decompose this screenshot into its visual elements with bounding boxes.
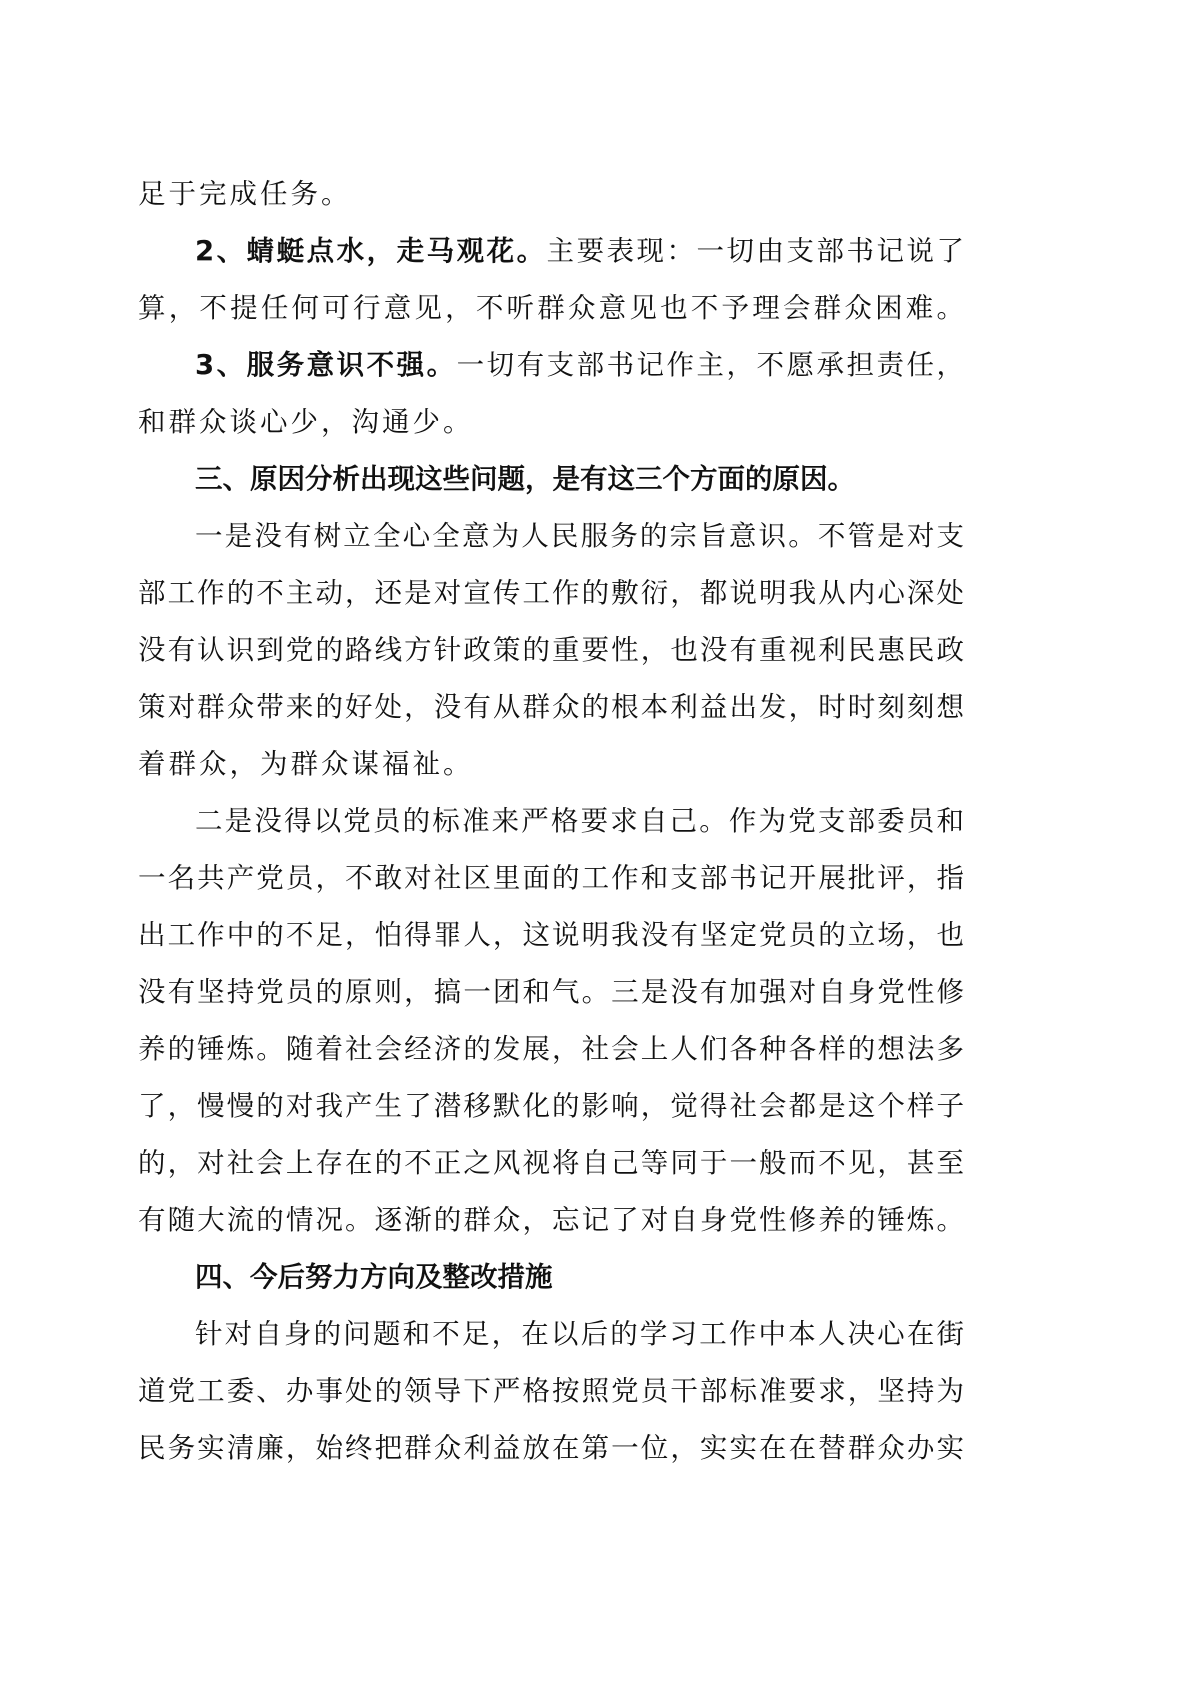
line-text: 算，不提任何可行意见，不听群众意见也不予理会群众困难。: [138, 280, 964, 337]
line-text: 民务实清廉，始终把群众利益放在第一位，实实在在替群众办实: [138, 1420, 964, 1477]
paragraph-line: 足于完成任务。: [138, 166, 964, 223]
paragraph-line: 民务实清廉，始终把群众利益放在第一位，实实在在替群众办实: [138, 1420, 964, 1477]
line-text: 一切有支部书记作主，不愿承担责任，: [457, 349, 964, 381]
line-text: 道党工委、办事处的领导下严格按照党员干部标准要求，坚持为: [138, 1363, 964, 1420]
paragraph-line: 二是没得以党员的标准来严格要求自己。作为党支部委员和: [138, 793, 964, 850]
subheading-line: 2、蜻蜓点水，走马观花。主要表现：一切由支部书记说了: [138, 223, 964, 280]
line-text: 一是没有树立全心全意为人民服务的宗旨意识。不管是对支: [195, 508, 964, 565]
paragraph-line: 养的锤炼。随着社会经济的发展，社会上人们各种各样的想法多: [138, 1021, 964, 1078]
paragraph-line: 部工作的不主动，还是对宣传工作的敷衍，都说明我从内心深处: [138, 565, 964, 622]
paragraph-line: 没有坚持党员的原则，搞一团和气。三是没有加强对自身党性修: [138, 964, 964, 1021]
line-text: 没有坚持党员的原则，搞一团和气。三是没有加强对自身党性修: [138, 964, 964, 1021]
section-heading-3: 三、原因分析出现这些问题，是有这三个方面的原因。: [138, 451, 964, 508]
line-text: 足于完成任务。: [138, 166, 964, 223]
line-text: 的，对社会上存在的不正之风视将自己等同于一般而不见，甚至: [138, 1135, 964, 1192]
line-text: 没有认识到党的路线方针政策的重要性，也没有重视利民惠民政: [138, 622, 964, 679]
paragraph-line: 道党工委、办事处的领导下严格按照党员干部标准要求，坚持为: [138, 1363, 964, 1420]
line-text: 主要表现：一切由支部书记说了: [547, 235, 964, 267]
paragraph-line: 策对群众带来的好处，没有从群众的根本利益出发，时时刻刻想: [138, 679, 964, 736]
paragraph-line: 了，慢慢的对我产生了潜移默化的影响，觉得社会都是这个样子: [138, 1078, 964, 1135]
section-title: 四、今后努力方向及整改措施: [195, 1249, 964, 1306]
subheading-line: 3、服务意识不强。一切有支部书记作主，不愿承担责任，: [138, 337, 964, 394]
subheading-3: 3、服务意识不强。: [195, 349, 457, 381]
paragraph-line: 一是没有树立全心全意为人民服务的宗旨意识。不管是对支: [138, 508, 964, 565]
paragraph-line: 出工作中的不足，怕得罪人，这说明我没有坚定党员的立场，也: [138, 907, 964, 964]
paragraph-line: 没有认识到党的路线方针政策的重要性，也没有重视利民惠民政: [138, 622, 964, 679]
line-text: 了，慢慢的对我产生了潜移默化的影响，觉得社会都是这个样子: [138, 1078, 964, 1135]
line-text: 针对自身的问题和不足，在以后的学习工作中本人决心在街: [195, 1306, 964, 1363]
subheading-2: 2、蜻蜓点水，走马观花。: [195, 235, 547, 267]
paragraph-line: 着群众，为群众谋福祉。: [138, 736, 964, 793]
paragraph-line: 针对自身的问题和不足，在以后的学习工作中本人决心在街: [138, 1306, 964, 1363]
section-heading-4: 四、今后努力方向及整改措施: [138, 1249, 964, 1306]
paragraph-line: 的，对社会上存在的不正之风视将自己等同于一般而不见，甚至: [138, 1135, 964, 1192]
paragraph-line: 算，不提任何可行意见，不听群众意见也不予理会群众困难。: [138, 280, 964, 337]
line-text: 出工作中的不足，怕得罪人，这说明我没有坚定党员的立场，也: [138, 907, 964, 964]
line-text: 养的锤炼。随着社会经济的发展，社会上人们各种各样的想法多: [138, 1021, 964, 1078]
line-text: 二是没得以党员的标准来严格要求自己。作为党支部委员和: [195, 793, 964, 850]
line-text: 和群众谈心少，沟通少。: [138, 394, 964, 451]
section-title: 三、原因分析出现这些问题，是有这三个方面的原因。: [195, 451, 964, 508]
line-text: 部工作的不主动，还是对宣传工作的敷衍，都说明我从内心深处: [138, 565, 964, 622]
paragraph-line: 有随大流的情况。逐渐的群众，忘记了对自身党性修养的锤炼。: [138, 1192, 964, 1249]
line-text: 一名共产党员，不敢对社区里面的工作和支部书记开展批评，指: [138, 850, 964, 907]
line-text: 策对群众带来的好处，没有从群众的根本利益出发，时时刻刻想: [138, 679, 964, 736]
paragraph-line: 和群众谈心少，沟通少。: [138, 394, 964, 451]
document-page: 足于完成任务。 2、蜻蜓点水，走马观花。主要表现：一切由支部书记说了 算，不提任…: [138, 166, 964, 1477]
line-text: 有随大流的情况。逐渐的群众，忘记了对自身党性修养的锤炼。: [138, 1192, 964, 1249]
paragraph-line: 一名共产党员，不敢对社区里面的工作和支部书记开展批评，指: [138, 850, 964, 907]
line-text: 着群众，为群众谋福祉。: [138, 736, 964, 793]
